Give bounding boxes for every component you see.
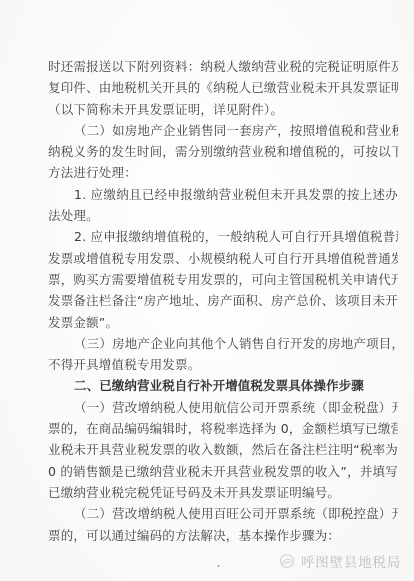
- text-line: 纳税义务的发生时间，需分别缴纳营业税和增值税的，可按以下: [48, 141, 398, 162]
- text-line: 票，购买方需要增值税专用发票的，可向主管国税机关申请代开，: [48, 269, 398, 290]
- bureau-emblem-icon: [279, 553, 295, 569]
- text-line: 票的，可以通过编码的方法解决，基本操作步骤为：: [48, 525, 398, 546]
- text-line: （二）如房地产企业销售同一套房产，按照增值税和营业税: [48, 120, 398, 141]
- watermark: 呼图壁县地税局: [279, 551, 401, 571]
- text-line: （三）房地产企业向其他个人销售自行开发的房地产项目，: [48, 333, 398, 354]
- text-line: 已缴纳营业税完税凭证号码及未开具发票证明编号。: [48, 482, 398, 503]
- document-page: 时还需报送以下附列资料：纳税人缴纳营业税的完税证明原件及 复印件、由地税机关开具…: [0, 0, 414, 581]
- text-line: 业税未开具营业税发票的收入数额，然后在备注栏注明“税率为: [48, 439, 398, 460]
- text-line: （以下简称未开具发票证明，详见附件）。: [48, 99, 398, 120]
- text-line: 发票备注栏备注“房产地址、房产面积、房产总价、该项目未开: [48, 290, 398, 311]
- document-text-block: 时还需报送以下附列资料：纳税人缴纳营业税的完税证明原件及 复印件、由地税机关开具…: [48, 56, 398, 546]
- text-line: （二）营改增纳税人使用百旺公司开票系统（即税控盘）开: [48, 503, 398, 524]
- text-line: 方法进行处理：: [48, 162, 398, 183]
- text-line: 发票金额”。: [48, 312, 398, 333]
- text-line: 法处理。: [48, 205, 398, 226]
- text-line: 1. 应缴纳且已经申报缴纳营业税但未开具发票的按上述办: [48, 184, 398, 205]
- text-line: 2. 应申报缴纳增值税的，一般纳税人可自行开具增值税普通: [48, 226, 398, 247]
- text-line: 发票或增值税专用发票、小规模纳税人可自行开具增值税普通发: [48, 248, 398, 269]
- text-line: 复印件、由地税机关开具的《纳税人已缴营业税未开具发票证明》: [48, 77, 398, 98]
- text-line: 不得开具增值税专用发票。: [48, 354, 398, 375]
- scan-artifact-dot: [217, 565, 220, 567]
- text-line: （一）营改增纳税人使用航信公司开票系统（即金税盘）开: [48, 397, 398, 418]
- text-line: 时还需报送以下附列资料：纳税人缴纳营业税的完税证明原件及: [48, 56, 398, 77]
- watermark-text: 呼图壁县地税局: [301, 551, 401, 571]
- section-heading: 二、已缴纳营业税自行补开增值税发票具体操作步骤: [48, 375, 398, 396]
- text-line: 票的，在商品编码编辑时，将税率选择为 0，金额栏填写已缴营: [48, 418, 398, 439]
- text-line: 0 的销售额是已缴纳营业税未开具营业税发票的收入”，并填写: [48, 461, 398, 482]
